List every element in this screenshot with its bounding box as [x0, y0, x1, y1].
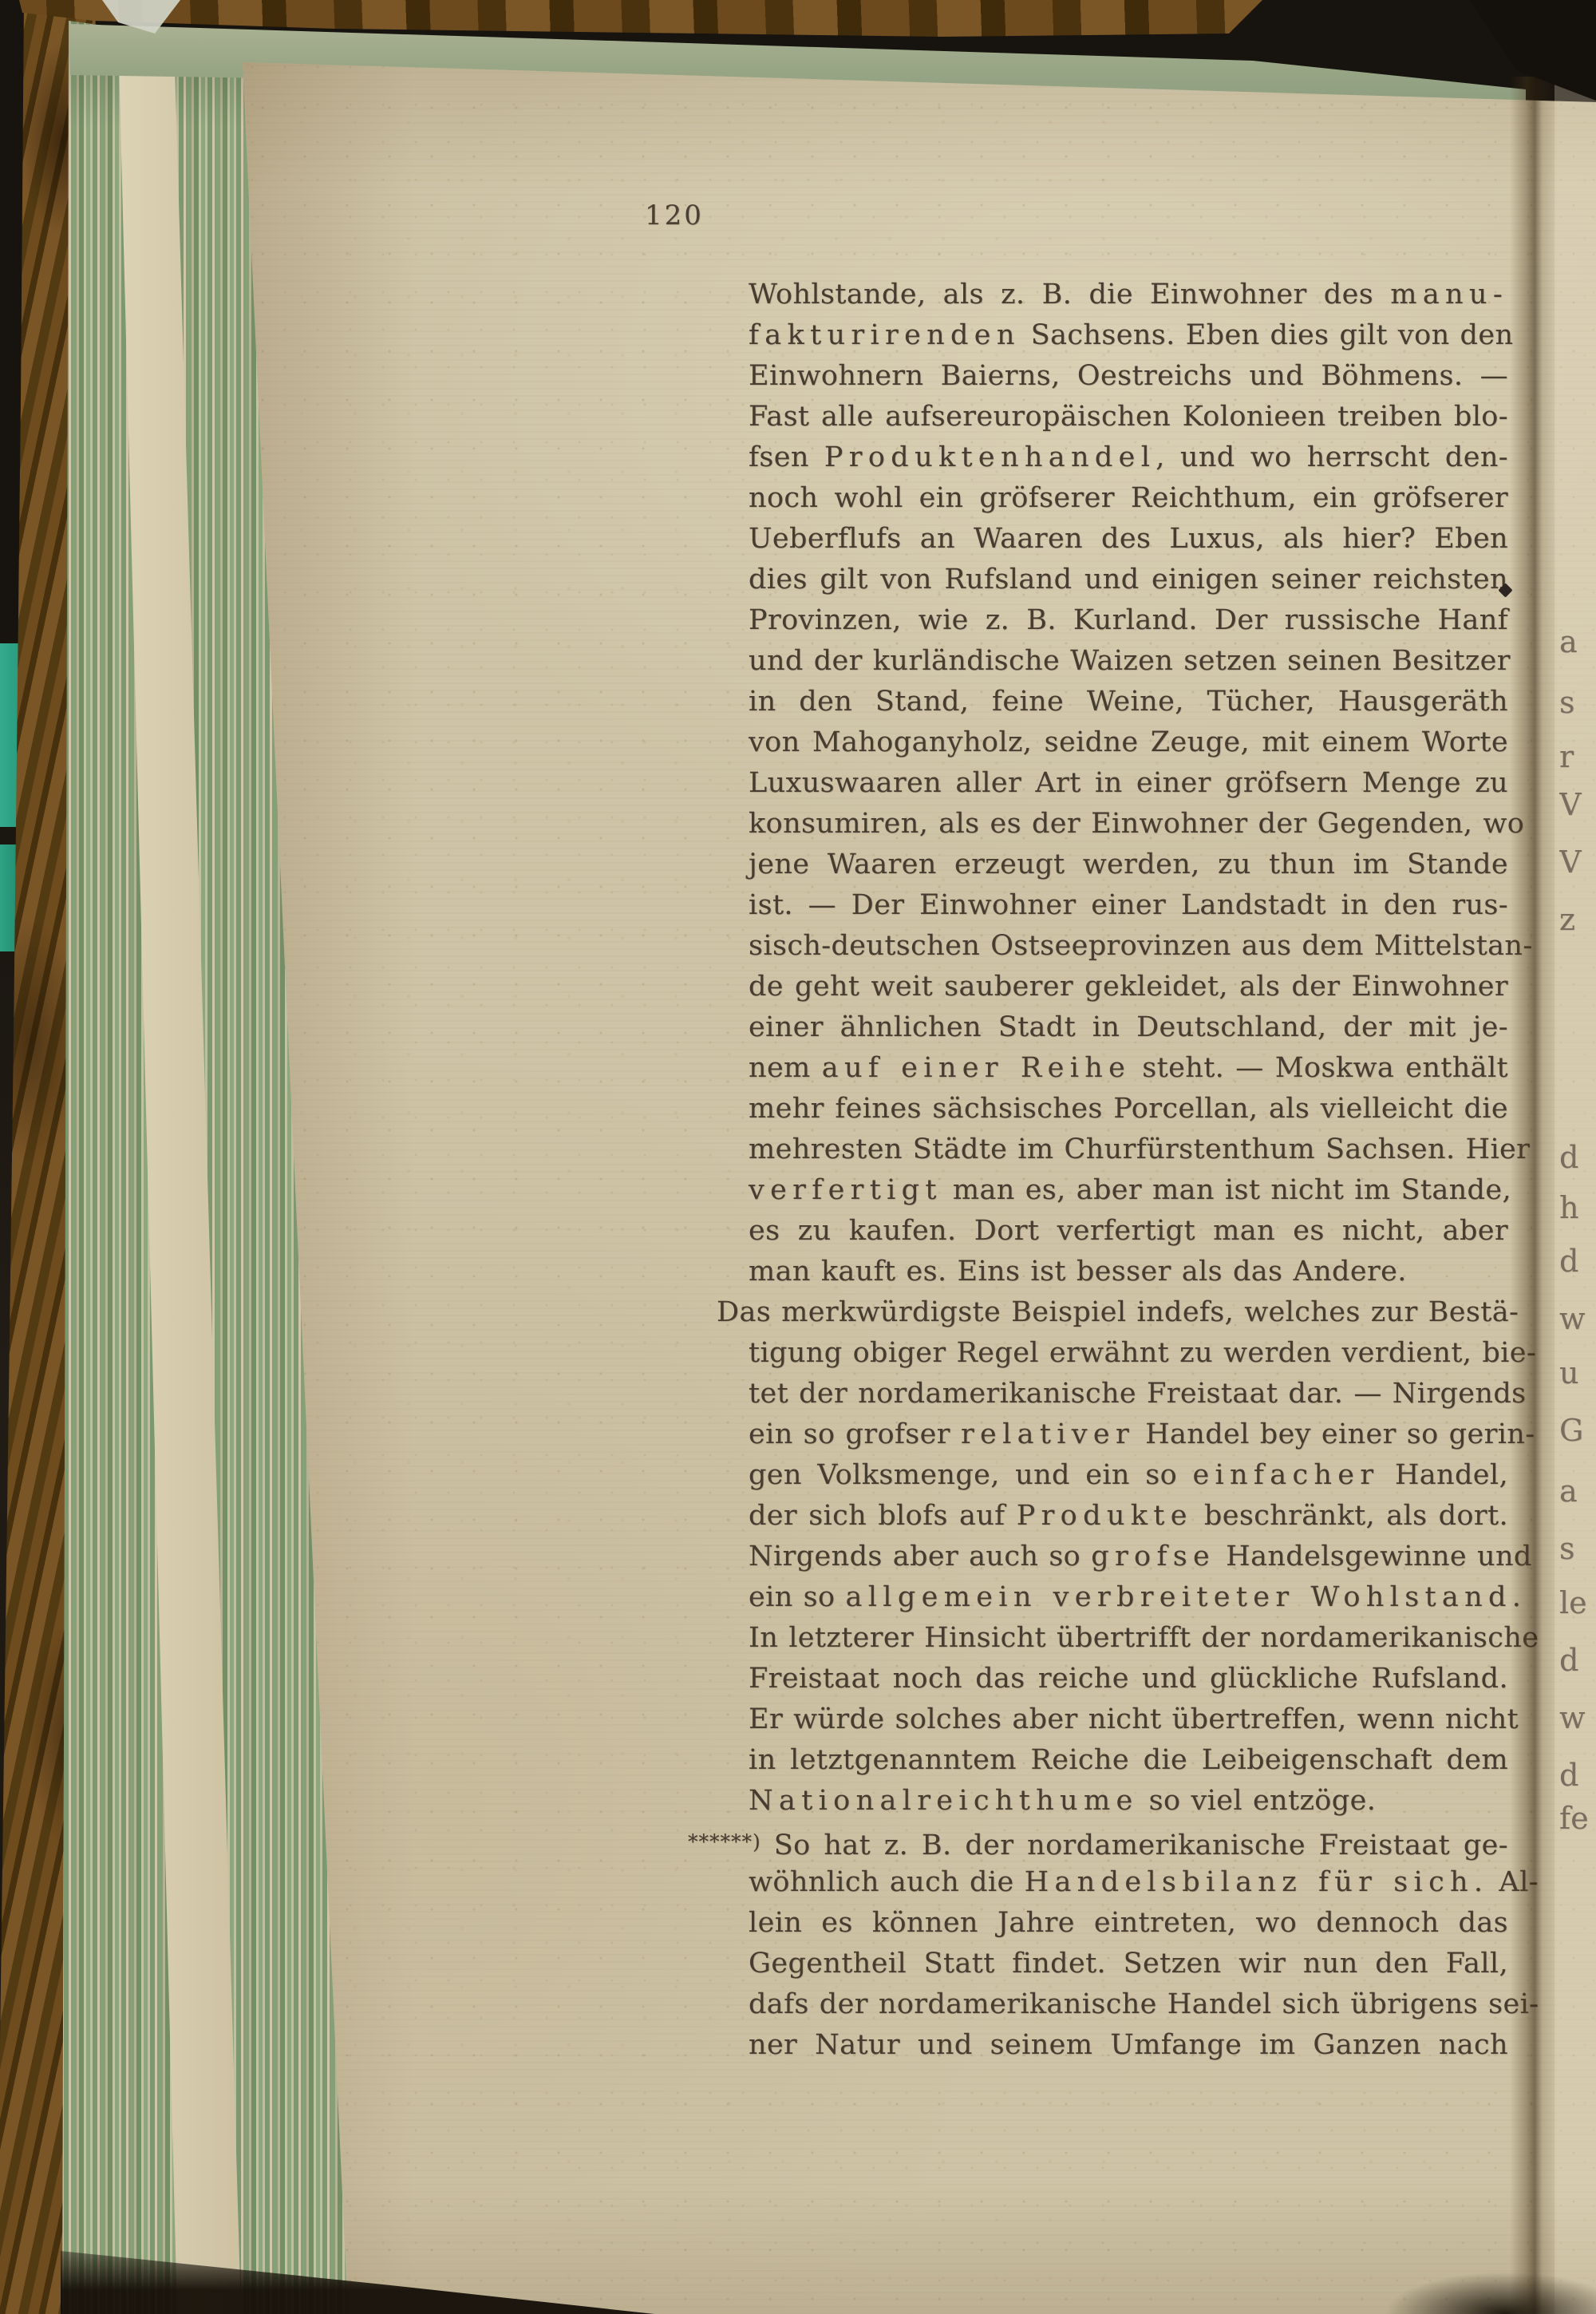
footnote-marker: ******)	[688, 1830, 761, 1853]
text-line: Gegentheil Statt findet. Setzen wir nun …	[749, 1944, 1508, 1984]
text-line: man kauft es. Eins ist besser als das An…	[749, 1252, 1508, 1292]
text-segment: tigung obiger Regel erwähnt zu werden ve…	[749, 1337, 1536, 1369]
letterspaced-emphasis: verfertigt	[749, 1174, 942, 1206]
text-line: ******)So hat z. B. der nordamerikanisch…	[688, 1822, 1508, 1862]
text-segment: und der kurländische Waizen setzen seine…	[749, 645, 1511, 677]
text-line: de geht weit sauberer gekleidet, als der…	[749, 967, 1508, 1007]
text-line: gen Volksmenge, und ein so einfacher Han…	[749, 1455, 1508, 1496]
text-segment: Ueberflufs an Waaren des Luxus, als hier…	[749, 523, 1508, 555]
gutter-shadow	[1510, 77, 1558, 2314]
text-segment: Provinzen, wie z. B. Kurland. Der russis…	[749, 604, 1508, 636]
text-segment: in letztgenanntem Reiche die Leibeigensc…	[749, 1744, 1508, 1776]
text-line: ein so grofser relativer Handel bey eine…	[749, 1414, 1508, 1455]
text-segment: nem	[749, 1052, 822, 1084]
text-segment: einer ähnlichen Stadt in Deutschland, de…	[749, 1011, 1508, 1043]
letterspaced-emphasis: einfacher	[1192, 1459, 1379, 1491]
text-segment: Das merkwürdigste Beispiel indefs, welch…	[717, 1296, 1519, 1328]
text-segment: , und wo herrscht den-	[1156, 441, 1508, 473]
text-segment: Gegentheil Statt findet. Setzen wir nun …	[749, 1948, 1508, 1980]
text-line: wöhnlich auch die Handelsbilanz für sich…	[749, 1862, 1508, 1903]
text-line: Nirgends aber auch so grofse Handelsgewi…	[749, 1537, 1508, 1577]
text-line: ner Natur und seinem Umfange im Ganzen n…	[749, 2025, 1508, 2066]
text-line: der sich blofs auf Produkte beschränkt, …	[749, 1496, 1508, 1537]
text-segment: mehresten Städte im Churfürstenthum Sach…	[749, 1133, 1530, 1165]
text-line: Einwohnern Baierns, Oestreichs und Böhme…	[749, 356, 1508, 397]
text-line: Nationalreichthume so viel entzöge.	[749, 1781, 1508, 1822]
text-line: jene Waaren erzeugt werden, zu thun im S…	[749, 845, 1508, 885]
facing-page-strip	[1555, 80, 1596, 2314]
text-line: mehr feines sächsisches Porcellan, als v…	[749, 1089, 1508, 1129]
book-photo-scene: 120 Wohlstande, als z. B. die Einwohner …	[0, 0, 1596, 2314]
text-segment: der sich blofs auf	[749, 1500, 1017, 1532]
letterspaced-emphasis: Nationalreichthume	[749, 1785, 1139, 1817]
page-number: 120	[645, 200, 704, 231]
text-line: einer ähnlichen Stadt in Deutschland, de…	[749, 1007, 1508, 1048]
letterspaced-emphasis: manu-	[1390, 279, 1508, 311]
text-line: es zu kaufen. Dort verfertigt man es nic…	[749, 1211, 1508, 1252]
text-segment: ein so	[749, 1581, 846, 1613]
text-line: Provinzen, wie z. B. Kurland. Der russis…	[749, 600, 1508, 641]
text-segment: Einwohnern Baierns, Oestreichs und Böhme…	[749, 360, 1508, 392]
text-line: Fast alle aufsereuropäischen Kolonieen t…	[749, 397, 1508, 437]
paragraph-continued: Wohlstande, als z. B. die Einwohner des …	[749, 275, 1508, 1292]
letterspaced-emphasis: auf einer Reihe	[822, 1052, 1131, 1084]
text-line: dafs der nordamerikanische Handel sich ü…	[749, 1984, 1508, 2025]
text-line: noch wohl ein gröfserer Reichthum, ein g…	[749, 478, 1508, 519]
gutter-bottom-shadow	[1357, 2259, 1596, 2314]
text-segment: beschränkt, als dort.	[1193, 1500, 1508, 1532]
text-segment: de geht weit sauberer gekleidet, als der…	[749, 971, 1508, 1003]
text-line: von Mahoganyholz, seidne Zeuge, mit eine…	[749, 722, 1508, 763]
text-segment: dafs der nordamerikanische Handel sich ü…	[749, 1988, 1539, 2020]
text-line: Ueberflufs an Waaren des Luxus, als hier…	[749, 519, 1508, 560]
text-line: und der kurländische Waizen setzen seine…	[749, 641, 1508, 682]
text-line: in den Stand, feine Weine, Tücher, Hausg…	[749, 682, 1508, 722]
text-segment: man kauft es. Eins ist besser als das An…	[749, 1256, 1407, 1288]
text-line: Das merkwürdigste Beispiel indefs, welch…	[717, 1292, 1508, 1333]
text-segment: ner Natur und seinem Umfange im Ganzen n…	[749, 2029, 1508, 2061]
text-line: Freistaat noch das reiche und glückliche…	[749, 1659, 1508, 1699]
text-segment: so viel entzöge.	[1139, 1785, 1377, 1817]
text-line: dies gilt von Rufsland und einigen seine…	[749, 560, 1508, 600]
letterspaced-emphasis: relativer	[961, 1418, 1135, 1450]
text-segment: tet der nordamerikanische Freistaat dar.…	[749, 1378, 1527, 1410]
letterspaced-emphasis: fakturirenden	[749, 319, 1021, 351]
text-segment: es zu kaufen. Dort verfertigt man es nic…	[749, 1215, 1508, 1247]
text-segment: sisch-deutschen Ostseeprovinzen aus dem …	[749, 930, 1533, 962]
letterspaced-emphasis: Produktenhandel	[824, 441, 1156, 473]
text-segment: ein so grofser	[749, 1418, 961, 1450]
text-line: fsen Produktenhandel, und wo herrscht de…	[749, 437, 1508, 478]
text-line: lein es können Jahre eintreten, wo denno…	[749, 1903, 1508, 1944]
text-segment: man es, aber man ist nicht im Stande,	[942, 1174, 1511, 1206]
text-line: tigung obiger Regel erwähnt zu werden ve…	[749, 1333, 1508, 1374]
text-segment: lein es können Jahre eintreten, wo denno…	[749, 1907, 1508, 1939]
text-line: nem auf einer Reihe steht. — Moskwa enth…	[749, 1048, 1508, 1089]
text-line: Wohlstande, als z. B. die Einwohner des …	[749, 275, 1508, 315]
text-line: Er würde solches aber nicht übertreffen,…	[749, 1699, 1508, 1740]
text-segment: wöhnlich auch die	[749, 1866, 1025, 1898]
text-segment: Handelsgewinne und	[1215, 1541, 1532, 1572]
text-segment: In letzterer Hinsicht übertrifft der nor…	[749, 1622, 1539, 1654]
text-segment: So hat z. B. der nordamerikanische Freis…	[774, 1829, 1508, 1861]
text-segment: noch wohl ein gröfserer Reichthum, ein g…	[749, 482, 1508, 514]
text-segment: fsen	[749, 441, 824, 473]
text-segment: dies gilt von Rufsland und einigen seine…	[749, 564, 1508, 595]
text-line: tet der nordamerikanische Freistaat dar.…	[749, 1374, 1508, 1414]
text-line: In letzterer Hinsicht übertrifft der nor…	[749, 1618, 1508, 1659]
text-segment: Handel,	[1379, 1459, 1508, 1491]
text-line: verfertigt man es, aber man ist nicht im…	[749, 1170, 1508, 1211]
paragraph-north-america: Das merkwürdigste Beispiel indefs, welch…	[749, 1292, 1508, 1822]
text-line: in letztgenanntem Reiche die Leibeigensc…	[749, 1740, 1508, 1781]
text-segment: in den Stand, feine Weine, Tücher, Hausg…	[749, 686, 1508, 718]
text-segment: ist. — Der Einwohner einer Landstadt in …	[749, 889, 1508, 921]
text-line: konsumiren, als es der Einwohner der Geg…	[749, 804, 1508, 845]
page-text-block: Wohlstande, als z. B. die Einwohner des …	[749, 275, 1508, 2066]
text-segment: von Mahoganyholz, seidne Zeuge, mit eine…	[749, 726, 1508, 758]
text-segment: Nirgends aber auch so	[749, 1541, 1091, 1572]
text-segment: gen Volksmenge, und ein so	[749, 1459, 1192, 1491]
letterspaced-emphasis: grofse	[1091, 1541, 1215, 1572]
text-line: ein so allgemein verbreiteter Wohlstand.	[749, 1577, 1508, 1618]
text-line: fakturirenden Sachsens. Eben dies gilt v…	[749, 315, 1508, 356]
text-segment: Sachsens. Eben dies gilt von den	[1021, 319, 1514, 351]
text-line: Luxuswaaren aller Art in einer gröfsern …	[749, 763, 1508, 804]
text-segment: Er würde solches aber nicht übertreffen,…	[749, 1703, 1519, 1735]
text-segment: Handel bey einer so gerin-	[1135, 1418, 1535, 1450]
text-segment: steht. — Moskwa enthält	[1131, 1052, 1508, 1084]
text-line: sisch-deutschen Ostseeprovinzen aus dem …	[749, 926, 1508, 967]
text-segment: jene Waaren erzeugt werden, zu thun im S…	[749, 848, 1508, 880]
text-line: mehresten Städte im Churfürstenthum Sach…	[749, 1129, 1508, 1170]
letterspaced-emphasis: Produkte	[1017, 1500, 1193, 1532]
text-segment: Fast alle aufsereuropäischen Kolonieen t…	[749, 401, 1508, 433]
text-segment: mehr feines sächsisches Porcellan, als v…	[749, 1093, 1508, 1125]
text-segment: Wohlstande, als z. B. die Einwohner des	[749, 279, 1390, 311]
text-segment: konsumiren, als es der Einwohner der Geg…	[749, 808, 1524, 840]
text-segment: Luxuswaaren aller Art in einer gröfsern …	[749, 767, 1508, 799]
letterspaced-emphasis: allgemein verbreiteter Wohlstand.	[846, 1581, 1527, 1613]
footnote-block: ******)So hat z. B. der nordamerikanisch…	[749, 1822, 1508, 2066]
text-line: ist. — Der Einwohner einer Landstadt in …	[749, 885, 1508, 926]
letterspaced-emphasis: Handelsbilanz für sich.	[1025, 1866, 1489, 1898]
text-segment: Freistaat noch das reiche und glückliche…	[749, 1663, 1508, 1695]
